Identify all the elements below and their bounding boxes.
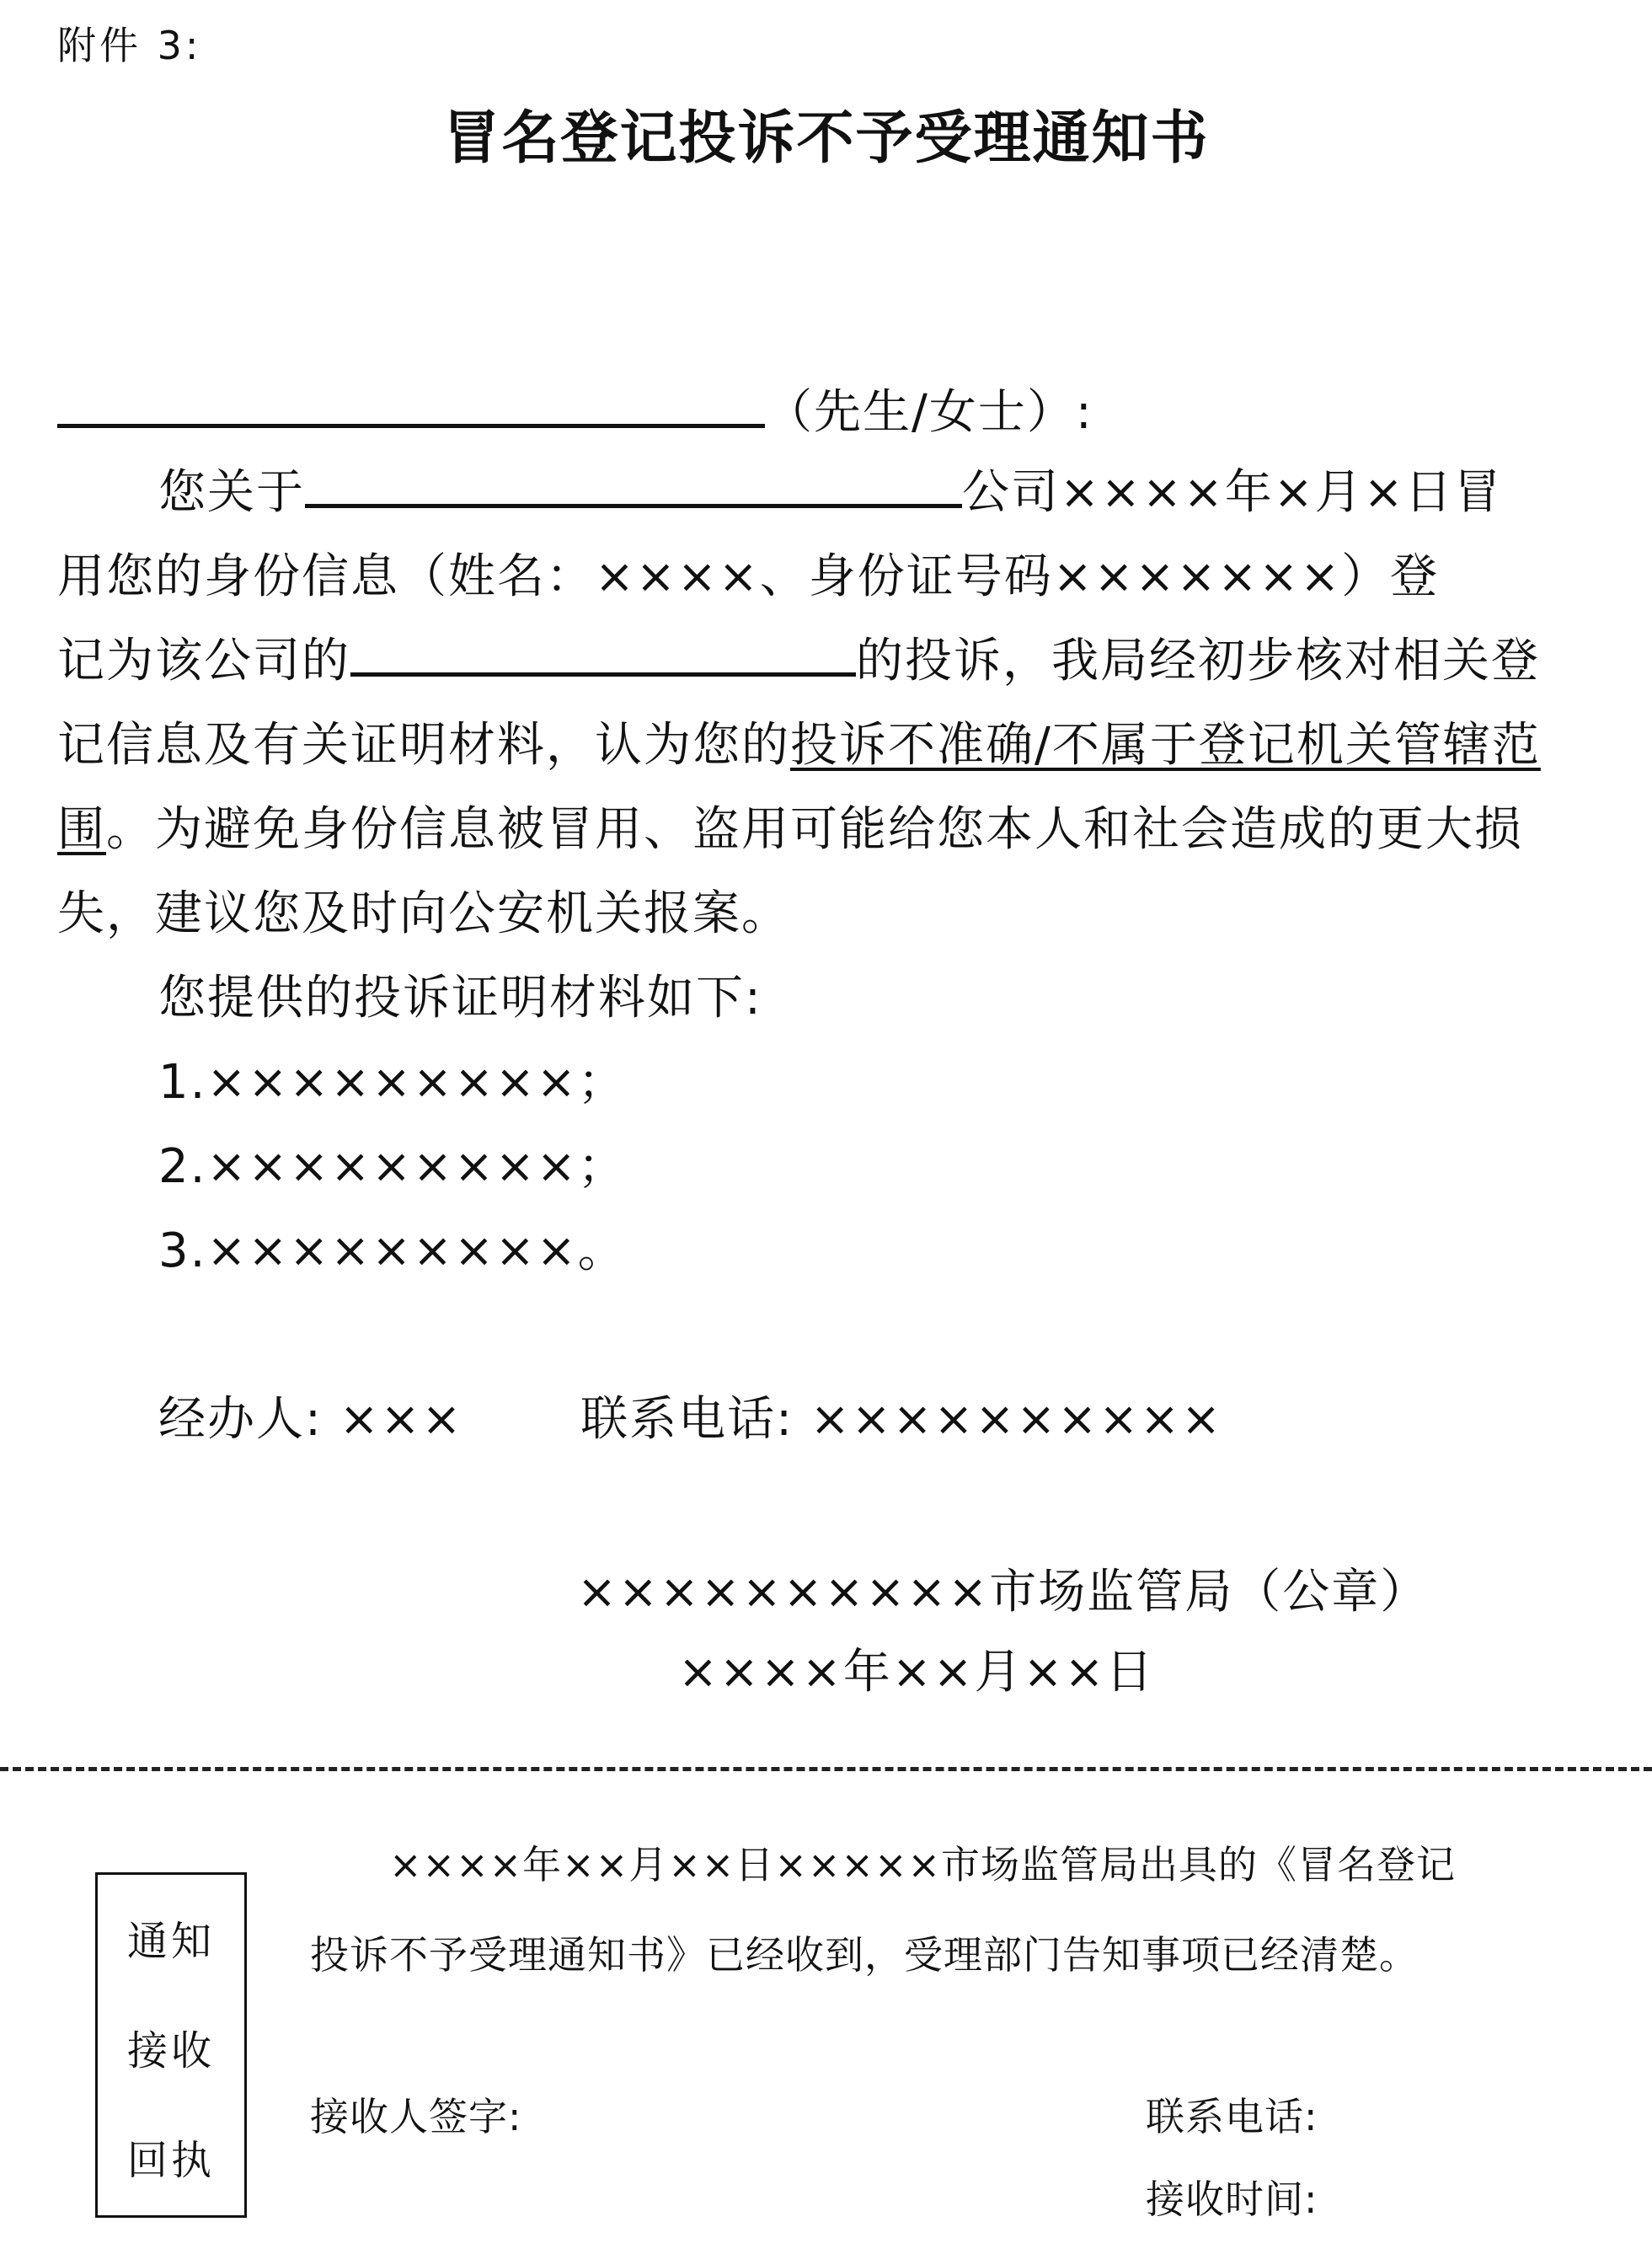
company-name-blank[interactable] xyxy=(305,463,962,508)
paragraph-line-5: 围。为避免身份信息被冒用、盗用可能给您本人和社会造成的更大损 xyxy=(57,800,1523,859)
issuer-seal: ××××××××××市场监管局（公章） xyxy=(577,1563,1429,1622)
text: 您关于 xyxy=(158,465,305,520)
text: 记为该公司的 xyxy=(57,634,350,688)
receipt-text-line-2: 投诉不予受理通知书》已经收到，受理部门告知事项已经清楚。 xyxy=(310,1930,1419,1980)
receipt-text-line-1: ××××年××月××日×××××市场监管局出具的《冒名登记 xyxy=(389,1839,1456,1890)
salutation: （先生/女士）: xyxy=(57,383,1093,442)
issue-date: ××××年××月××日 xyxy=(678,1643,1154,1702)
material-item-3: 3.×××××××××。 xyxy=(158,1222,627,1281)
underlined-reason: 投诉不准确/不属于登记机关管辖范 xyxy=(790,718,1541,773)
paragraph-line-6: 失，建议您及时向公安机关报案。 xyxy=(57,885,790,944)
receipt-time-label: 接收时间: xyxy=(1146,2174,1318,2225)
receipt-label-box: 通知 接收 回执 xyxy=(95,1872,247,2218)
receipt-label-2: 接收 xyxy=(98,2018,244,2076)
document-title: 冒名登记投诉不予受理通知书 xyxy=(0,93,1652,174)
receipt-label-3: 回执 xyxy=(98,2128,244,2186)
receiver-signature-label: 接收人签字: xyxy=(310,2091,522,2142)
material-item-2: 2.×××××××××； xyxy=(158,1138,627,1197)
position-blank[interactable] xyxy=(350,632,856,677)
paragraph-line-2: 用您的身份信息（姓名：××××、身份证号码×××××××）登 xyxy=(57,548,1439,607)
text: 记信息及有关证明材料，认为您的 xyxy=(57,718,790,773)
text: 的投诉，我局经初步核对相关登 xyxy=(856,634,1540,688)
text: 。为避免身份信息被冒用、盗用可能给您本人和社会造成的更大损 xyxy=(106,802,1523,857)
text: 公司××××年×月×日冒 xyxy=(962,465,1503,520)
receiver-phone-label: 联系电话: xyxy=(1146,2091,1318,2142)
salutation-suffix: （先生/女士）: xyxy=(765,385,1093,440)
phone-value: ×××××××××× xyxy=(810,1392,1222,1447)
phone-label: 联系电话: xyxy=(580,1392,794,1447)
materials-intro: 您提供的投诉证明材料如下: xyxy=(158,969,762,1028)
attachment-label: 附件 3: xyxy=(57,15,201,71)
recipient-name-blank[interactable] xyxy=(57,383,765,428)
paragraph-line-4: 记信息及有关证明材料，认为您的投诉不准确/不属于登记机关管辖范 xyxy=(57,716,1541,775)
cut-line-divider xyxy=(0,1767,1652,1771)
receipt-label-1: 通知 xyxy=(98,1909,244,1967)
handler-row: 经办人: ××× 联系电话: ×××××××××× xyxy=(158,1390,1222,1449)
underlined-reason-end: 围 xyxy=(57,802,106,857)
material-item-1: 1.×××××××××； xyxy=(158,1053,627,1112)
handler-label: 经办人: xyxy=(158,1392,323,1447)
handler-value: ××× xyxy=(339,1392,463,1447)
paragraph-line-3: 记为该公司的的投诉，我局经初步核对相关登 xyxy=(57,632,1540,691)
paragraph-line-1: 您关于公司××××年×月×日冒 xyxy=(158,463,1503,522)
